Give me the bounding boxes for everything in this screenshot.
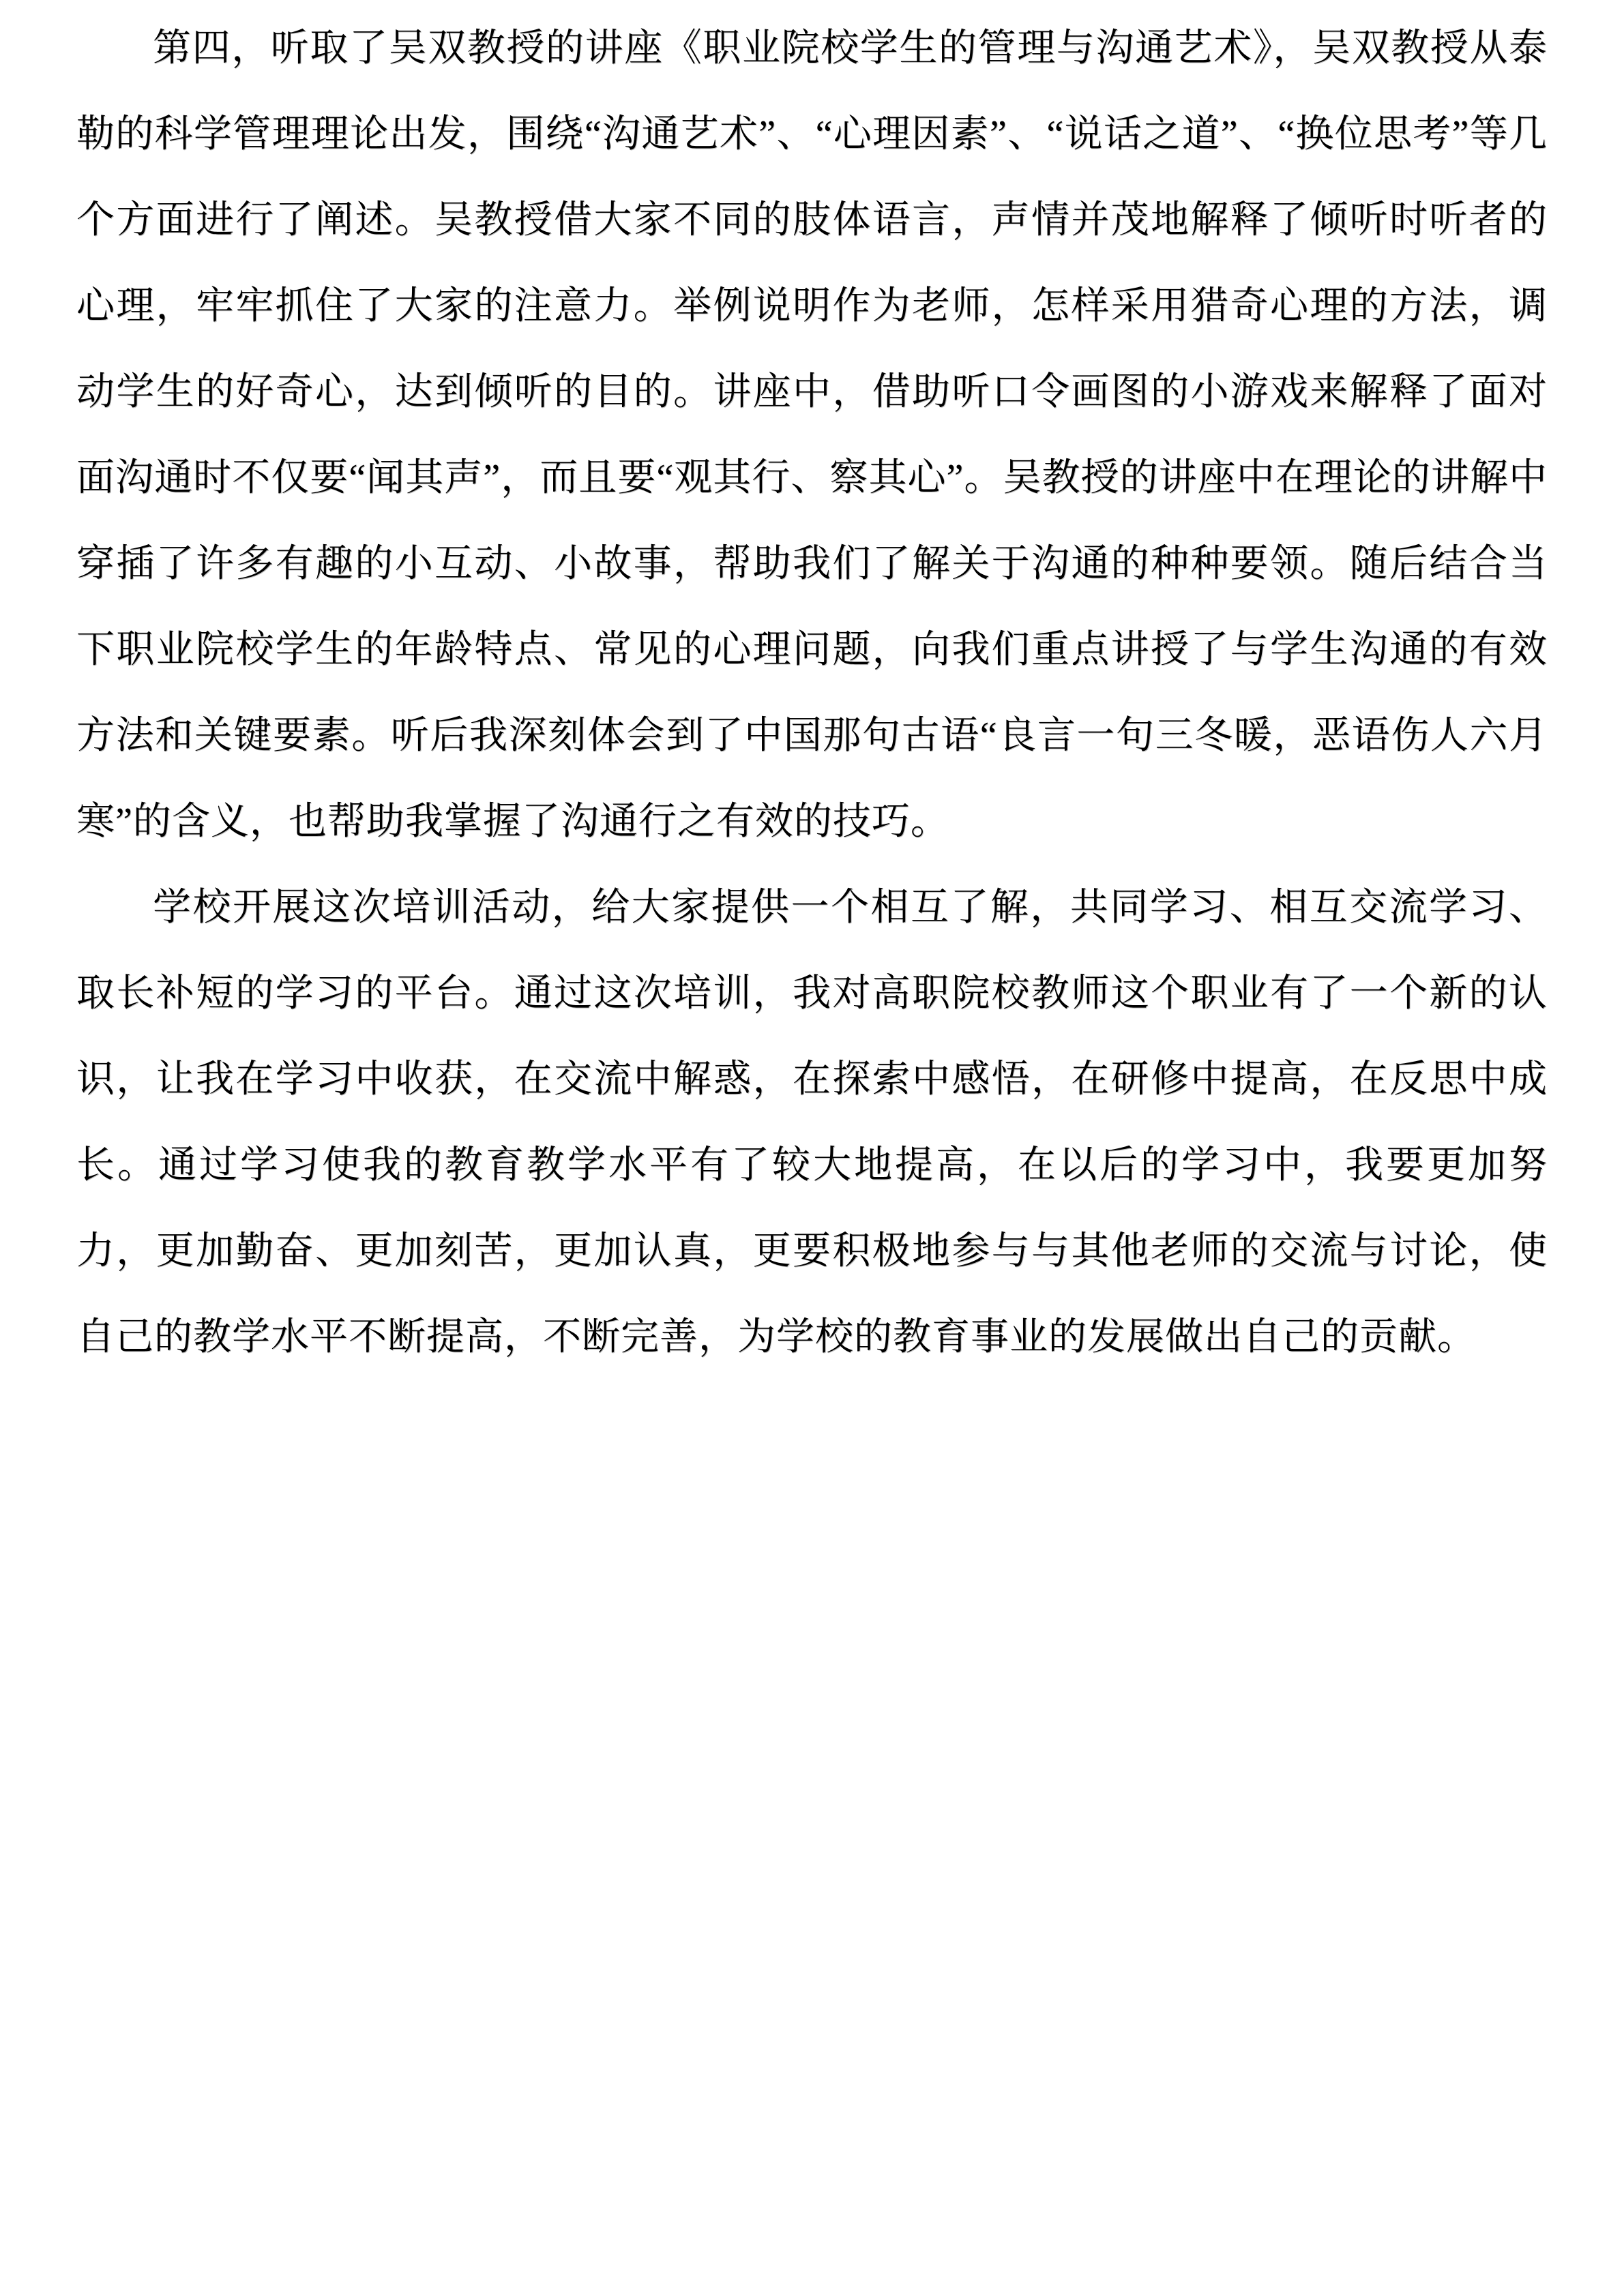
document-page: 第四，听取了吴双教授的讲座《职业院校学生的管理与沟通艺术》，吴双教授从泰勒的科学… (0, 0, 1624, 2296)
paragraph-training-reflection: 学校开展这次培训活动，给大家提供一个相互了解，共同学习、相互交流学习、取长补短的… (76, 865, 1548, 1380)
document-text-body: 第四，听取了吴双教授的讲座《职业院校学生的管理与沟通艺术》，吴双教授从泰勒的科学… (76, 5, 1548, 1380)
paragraph-lecture-summary: 第四，听取了吴双教授的讲座《职业院校学生的管理与沟通艺术》，吴双教授从泰勒的科学… (76, 5, 1548, 865)
